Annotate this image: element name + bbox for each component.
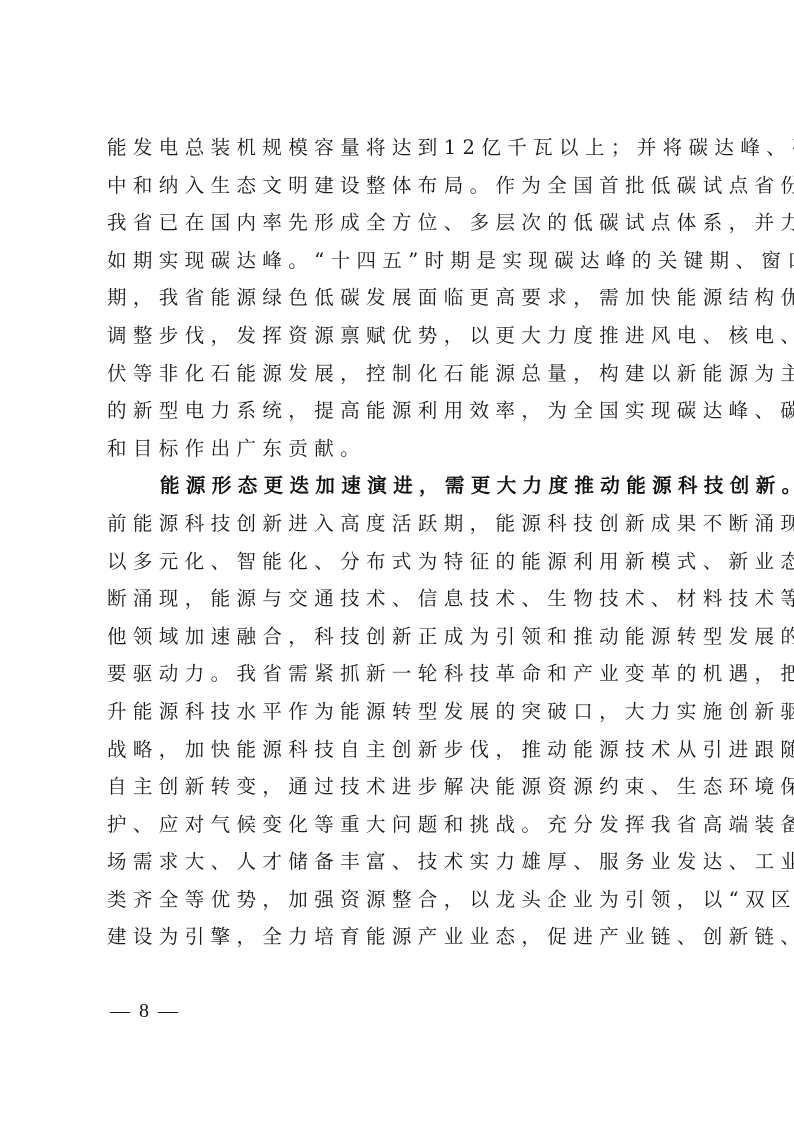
text-line: 类齐全等优势，加强资源整合，以龙头企业为引领，以“双区” xyxy=(107,881,691,919)
text-line: 期，我省能源绿色低碳发展面临更高要求，需加快能源结构优化 xyxy=(107,279,691,317)
paragraph-2: 能源形态更迭加速演进，需更大力度推动能源科技创新。当 前能源科技创新进入高度活跃… xyxy=(107,467,691,956)
text-line: 战略，加快能源科技自主创新步伐，推动能源技术从引进跟随向 xyxy=(107,731,691,769)
page-number: — 8 — xyxy=(110,1000,180,1023)
text-line: 中和纳入生态文明建设整体布局。作为全国首批低碳试点省份， xyxy=(107,167,691,205)
text-line: 自主创新转变，通过技术进步解决能源资源约束、生态环境保 xyxy=(107,768,691,806)
text-line: 前能源科技创新进入高度活跃期，能源科技创新成果不断涌现， xyxy=(107,505,691,543)
text-line: 以多元化、智能化、分布式为特征的能源利用新模式、新业态不 xyxy=(107,543,691,581)
text-line: 场需求大、人才储备丰富、技术实力雄厚、服务业发达、工业门 xyxy=(107,843,691,881)
text-line: 护、应对气候变化等重大问题和挑战。充分发挥我省高端装备市 xyxy=(107,806,691,844)
text-line: 建设为引擎，全力培育能源产业业态，促进产业链、创新链、供 xyxy=(107,918,691,956)
document-page: 能发电总装机规模容量将达到12亿千瓦以上；并将碳达峰、碳 中和纳入生态文明建设整… xyxy=(0,0,794,1123)
paragraph-heading: 能源形态更迭加速演进，需更大力度推动能源科技创新。 xyxy=(160,474,794,497)
text-line: 他领域加速融合，科技创新正成为引领和推动能源转型发展的重 xyxy=(107,618,691,656)
text-line: 要驱动力。我省需紧抓新一轮科技革命和产业变革的机遇，把提 xyxy=(107,655,691,693)
text-line: 断涌现，能源与交通技术、信息技术、生物技术、材料技术等其 xyxy=(107,580,691,618)
text-line: 我省已在国内率先形成全方位、多层次的低碳试点体系，并力争 xyxy=(107,204,691,242)
text-line: 升能源科技水平作为能源转型发展的突破口，大力实施创新驱动 xyxy=(107,693,691,731)
text-line: 能源形态更迭加速演进，需更大力度推动能源科技创新。当 xyxy=(107,467,691,505)
text-line: 的新型电力系统，提高能源利用效率，为全国实现碳达峰、碳中 xyxy=(107,392,691,430)
body-text: 能发电总装机规模容量将达到12亿千瓦以上；并将碳达峰、碳 中和纳入生态文明建设整… xyxy=(107,129,691,956)
text-line: 伏等非化石能源发展，控制化石能源总量，构建以新能源为主体 xyxy=(107,355,691,393)
text-line: 如期实现碳达峰。“十四五”时期是实现碳达峰的关键期、窗口 xyxy=(107,242,691,280)
paragraph-1: 能发电总装机规模容量将达到12亿千瓦以上；并将碳达峰、碳 中和纳入生态文明建设整… xyxy=(107,129,691,467)
text-line: 能发电总装机规模容量将达到12亿千瓦以上；并将碳达峰、碳 xyxy=(107,129,691,167)
text-line: 和目标作出广东贡献。 xyxy=(107,430,691,468)
text-line: 调整步伐，发挥资源禀赋优势，以更大力度推进风电、核电、光 xyxy=(107,317,691,355)
